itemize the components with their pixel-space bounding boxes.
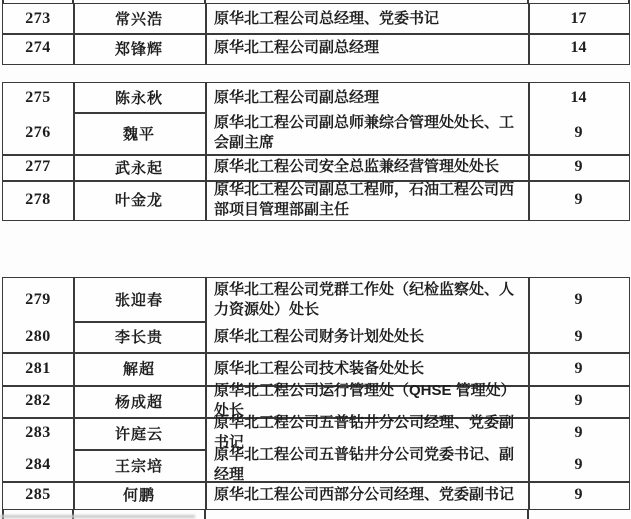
person-name: 张迎春 — [73, 289, 205, 310]
position-text: 原华北工程公司副总师兼综合管理处处长、工会副主席 — [205, 113, 528, 153]
position-text: 原华北工程公司副总经理 — [205, 38, 528, 58]
count-value: 9 — [528, 392, 629, 410]
position-text: 原华北工程公司党群工作处（纪检监察处、人力资源处）处长 — [205, 280, 528, 320]
scan-artifact — [0, 515, 195, 518]
count-value: 9 — [528, 360, 629, 378]
count-value: 14 — [528, 89, 629, 107]
person-name: 陈永秋 — [73, 87, 205, 108]
person-name: 杨成超 — [73, 391, 205, 412]
table-row: 278 叶金龙 原华北工程公司副总工程师，石油工程公司西部项目管理部副主任 9 — [3, 180, 629, 219]
row-number: 282 — [3, 392, 73, 410]
row-number: 275 — [3, 89, 73, 107]
row-number: 273 — [3, 10, 73, 28]
divider — [527, 510, 529, 519]
person-name: 常兴浩 — [73, 8, 205, 29]
table-row: 275 陈永秋 原华北工程公司副总经理 14 — [3, 83, 629, 112]
count-value: 9 — [528, 486, 629, 504]
person-name: 武永起 — [73, 157, 205, 178]
count-value: 9 — [528, 191, 629, 209]
position-text: 原华北工程公司副总经理 — [205, 88, 528, 108]
person-name: 解超 — [73, 358, 205, 379]
position-text: 原华北工程公司西部分公司经理、党委副书记 — [205, 485, 528, 505]
scanned-table-page: 273 常兴浩 原华北工程公司总经理、党委书记 17 274 郑锋辉 原华北工程… — [0, 0, 631, 519]
table-section-1: 273 常兴浩 原华北工程公司总经理、党委书记 17 274 郑锋辉 原华北工程… — [2, 3, 630, 65]
table-row: 284 王宗培 原华北工程公司五普钻井分公司党委书记、副经理 9 — [3, 449, 629, 481]
table-row: 280 李长贵 原华北工程公司财务计划处处长 9 — [3, 321, 629, 352]
count-value: 9 — [528, 456, 629, 474]
count-value: 14 — [528, 39, 629, 57]
position-text: 原华北工程公司财务计划处处长 — [205, 327, 528, 347]
table-row: 274 郑锋辉 原华北工程公司副总经理 14 — [3, 33, 629, 63]
divider — [204, 510, 206, 519]
person-name: 王宗培 — [73, 455, 205, 476]
table-row: 277 武永起 原华北工程公司安全总监兼经营管理处处长 9 — [3, 154, 629, 180]
position-text: 原华北工程公司副总工程师，石油工程公司西部项目管理部副主任 — [205, 180, 528, 220]
person-name: 许庭云 — [73, 423, 205, 444]
count-value: 9 — [528, 124, 629, 142]
table-row: 285 何鹏 原华北工程公司西部分公司经理、党委副书记 9 — [3, 481, 629, 508]
position-text: 原华北工程公司总经理、党委书记 — [205, 9, 528, 29]
row-number: 281 — [3, 360, 73, 378]
person-name: 李长贵 — [73, 326, 205, 347]
row-number: 276 — [3, 124, 73, 142]
row-number: 285 — [3, 486, 73, 504]
row-number: 284 — [3, 456, 73, 474]
person-name: 叶金龙 — [73, 189, 205, 210]
person-name: 何鹏 — [73, 484, 205, 505]
count-value: 9 — [528, 328, 629, 346]
table-section-2: 275 陈永秋 原华北工程公司副总经理 14 276 魏平 原华北工程公司副总师… — [2, 82, 630, 221]
table-section-3: 279 张迎春 原华北工程公司党群工作处（纪检监察处、人力资源处）处长 9 28… — [2, 277, 630, 510]
person-name: 魏平 — [73, 123, 205, 144]
count-value: 9 — [528, 158, 629, 176]
position-text: 原华北工程公司技术装备处处长 — [205, 359, 528, 379]
row-number: 279 — [3, 291, 73, 309]
table-row: 276 魏平 原华北工程公司副总师兼综合管理处处长、工会副主席 9 — [3, 112, 629, 154]
row-number: 280 — [3, 328, 73, 346]
table-row: 273 常兴浩 原华北工程公司总经理、党委书记 17 — [3, 4, 629, 33]
person-name: 郑锋辉 — [73, 38, 205, 59]
row-number: 283 — [3, 424, 73, 442]
count-value: 9 — [528, 424, 629, 442]
row-number: 277 — [3, 158, 73, 176]
position-text: 原华北工程公司五普钻井分公司党委书记、副经理 — [205, 445, 528, 485]
count-value: 17 — [528, 10, 629, 28]
row-number: 278 — [3, 191, 73, 209]
row-number: 274 — [3, 39, 73, 57]
count-value: 9 — [528, 291, 629, 309]
position-text: 原华北工程公司安全总监兼经营管理处处长 — [205, 157, 528, 177]
table-row: 279 张迎春 原华北工程公司党群工作处（纪检监察处、人力资源处）处长 9 — [3, 278, 629, 321]
